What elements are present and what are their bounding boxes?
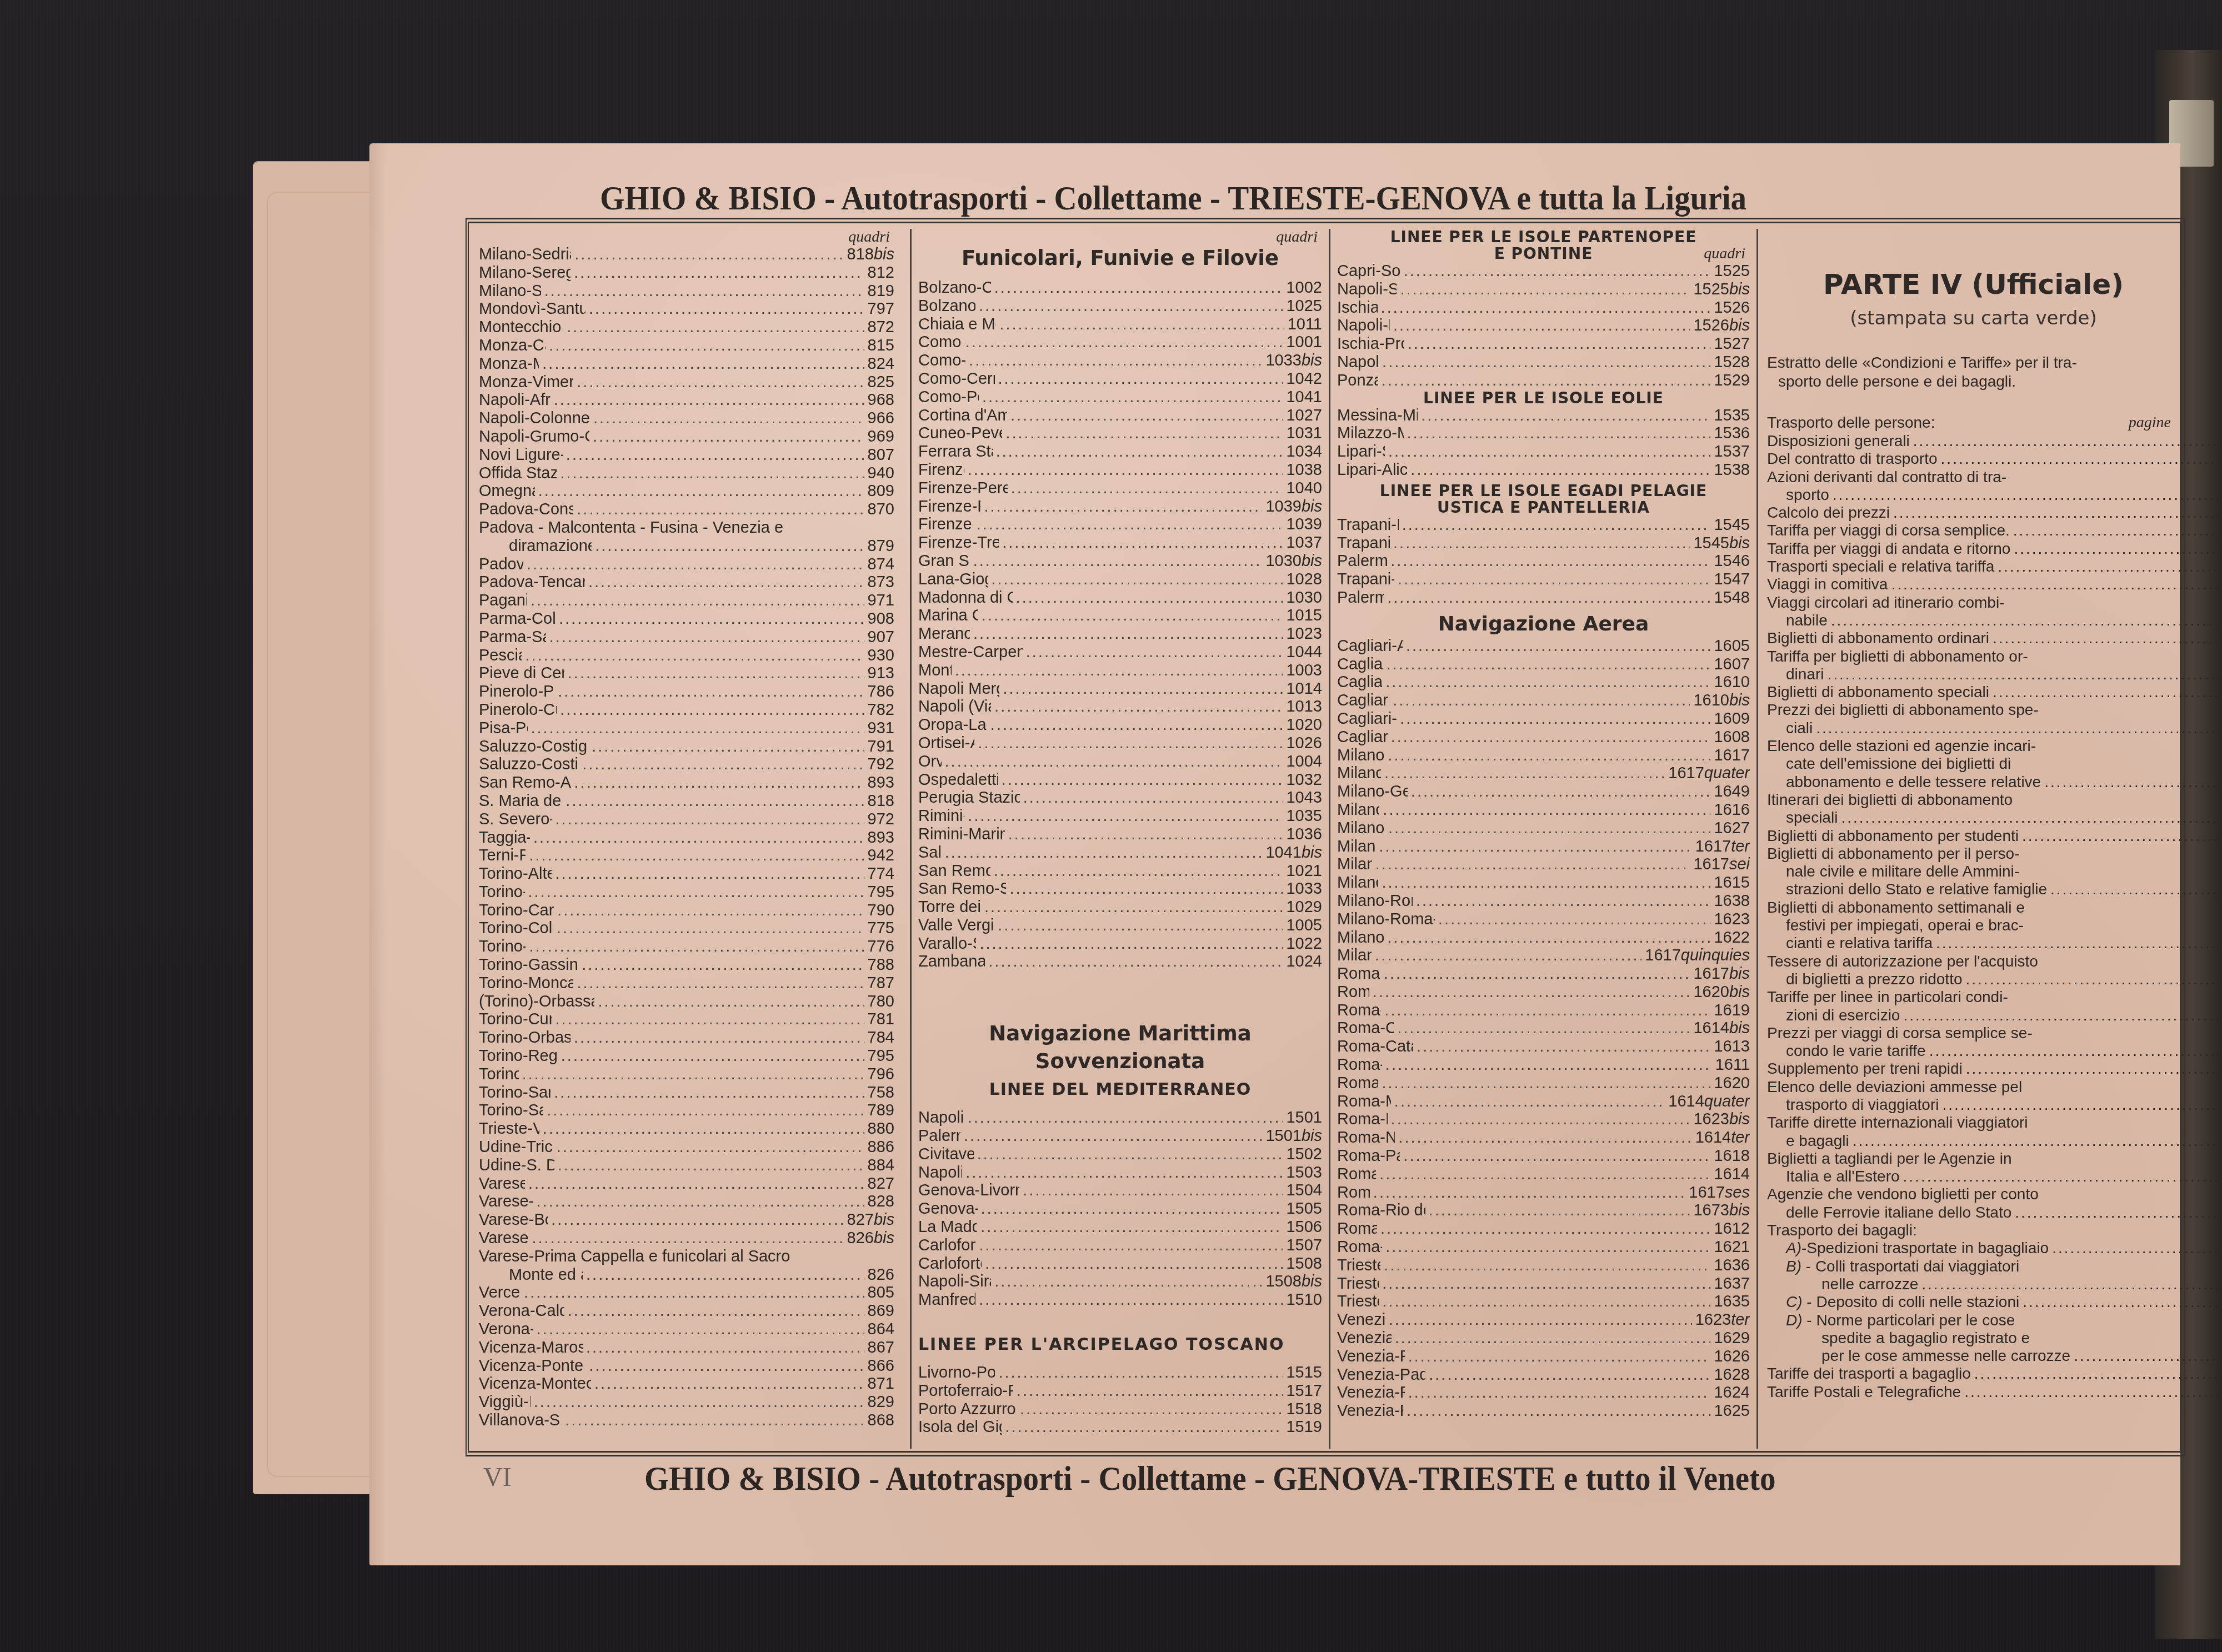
- route-name: (Torino)-Orbassano-Piossasco-Cumiana (Au…: [479, 993, 594, 1011]
- route-name: Montecchio S. Vitale-Chiampo: [479, 318, 563, 337]
- table-number-value: 1038: [1286, 461, 1322, 479]
- table-number-value: 780: [868, 993, 894, 1010]
- route-row: Firenze-Peretola-Campi1039bis: [918, 498, 1322, 516]
- toc-line: Tariffe Postali e Telegrafiche: [1767, 1383, 2222, 1401]
- table-number-value: 815: [868, 337, 894, 354]
- route-name: Napoli-Ischia-Forio: [1337, 317, 1390, 335]
- route-row: Vicenza-Montecchio S.V.-Valdagno-Recoaro…: [479, 1375, 894, 1393]
- table-number-value: 942: [868, 847, 894, 864]
- route-name: Venezia-Padova-Roma: [1337, 1402, 1403, 1420]
- table-number-value: 1526: [1693, 317, 1729, 334]
- toc-line: Elenco delle deviazioni ammesse pel: [1767, 1078, 2222, 1096]
- table-number: 1027: [1286, 407, 1322, 425]
- toc-line: Trasporti speciali e relativa tariffa: [1767, 558, 2222, 575]
- toc-text: Elenco delle stazioni ed agenzie incari-: [1767, 737, 2036, 754]
- leader-dots: [1391, 728, 1711, 747]
- quadri-label: quadri: [1704, 246, 1750, 262]
- table-number-value: 1528: [1714, 353, 1750, 371]
- route-name: Isola del Giglio-Porto S. Stefano: [918, 1418, 1002, 1436]
- toc-line-text: Elenco delle deviazioni ammesse pel: [1767, 1078, 2022, 1095]
- toc-line: trasporto di viaggiatori: [1767, 1096, 2222, 1114]
- route-row: Ischia-Napoli1526: [1337, 299, 1750, 317]
- table-number-value: 1506: [1286, 1218, 1322, 1236]
- toc-text: ciali: [1786, 719, 1813, 737]
- route-row: San Remo-San Remo (La Brezza)1033: [918, 880, 1322, 898]
- toc-heading: Trasporto delle persone: pagine: [1767, 413, 2180, 432]
- toc-line-text: Prezzi dei biglietti di abbonamento spe-: [1767, 701, 2039, 718]
- route-name: Villanova-S. Giovanni Ilarione: [479, 1411, 562, 1430]
- route-name: Palermo-Tunisi: [918, 1127, 960, 1145]
- table-number-value: 1629: [1714, 1329, 1750, 1347]
- leader-dots: [1385, 1056, 1712, 1074]
- toc-line: per le cose ammesse nelle carrozze: [1786, 1347, 2222, 1365]
- table-number: 1042: [1286, 370, 1322, 388]
- route-row: Verona-Caldiero-Sambonifacio869: [479, 1302, 894, 1320]
- route-row: Venezia-Padova-Roma1625: [1337, 1402, 1750, 1420]
- table-number-value: 907: [868, 628, 894, 646]
- route-row: Trapani-Isole Egadi1547: [1337, 570, 1750, 589]
- table-number-value: 789: [868, 1102, 894, 1119]
- route-name: Como-Camerlata: [918, 352, 965, 370]
- route-row: Taggia-Tre Ponti893: [479, 829, 894, 847]
- leader-dots: [1403, 1147, 1710, 1165]
- footer-banner: GHIO & BISIO - Autotrasporti - Collettam…: [644, 1459, 1973, 1499]
- route-name: Cortina d'Ampezzo-Faloria e Pocol: [918, 407, 1007, 425]
- table-number: 969: [868, 428, 894, 446]
- toc-entry-text: Tariffe dirette internazionali viaggiato…: [1767, 1114, 2222, 1150]
- toc-line-text: dinari: [1786, 665, 1824, 683]
- toc-text: Tariffa per viaggi di andata e ritorno: [1767, 540, 2010, 557]
- route-name: Napoli-Cagliari: [918, 1164, 962, 1182]
- toc-line-text: per le cose ammesse nelle carrozze: [1821, 1347, 2070, 1365]
- leader-dots: [1921, 1275, 2222, 1293]
- table-number-suffix: bis: [1302, 844, 1322, 862]
- route-row: Palermo-Ustica1548: [1337, 589, 1750, 607]
- route-row: Vicenza-Marostica-Bassano del Grappa867: [479, 1339, 894, 1357]
- table-number: 775: [868, 919, 894, 938]
- toc-text: Italia e all'Estero: [1786, 1168, 1900, 1185]
- route-row: Roma-Torino1612: [1337, 1220, 1750, 1238]
- route-row: Pescia-Lucca930: [479, 647, 894, 665]
- table-number: 1036: [1286, 825, 1322, 844]
- route-row: Porto Azzurro-Portovecchio di Piombino15…: [918, 1400, 1322, 1419]
- leader-dots: [592, 738, 864, 756]
- toc-entry-text: Tariffe Postali e Telegrafiche: [1767, 1383, 2222, 1401]
- leader-dots: [984, 498, 1262, 516]
- estratto-paragraph: Estratto delle «Condizioni e Tariffe» pe…: [1767, 353, 2180, 391]
- table-number-value: 969: [868, 428, 894, 445]
- toc-entry-text: Biglietti di abbonamento speciali: [1767, 683, 2222, 701]
- toc-line-text: nelle carrozze: [1821, 1275, 1918, 1293]
- route-name: Perugia Stazione Ferr. Stato (Fontivegge…: [918, 789, 1020, 807]
- toc-line-text: abbonamento e delle tessere relative: [1786, 773, 2041, 791]
- toc-entry-text: Biglietti di abbonamento ordinari: [1767, 629, 2222, 647]
- leader-dots: [1966, 1060, 2222, 1078]
- leader-dots: [968, 461, 1283, 479]
- route-name: Ischia-Napoli: [1337, 299, 1378, 317]
- table-number: 1617bis: [1693, 965, 1750, 983]
- route-name: Milano-Pisa: [1337, 855, 1372, 874]
- route-row-first-line: Varese-Prima Cappella e funicolari al Sa…: [479, 1248, 894, 1266]
- table-number-suffix: bis: [1729, 965, 1750, 983]
- route-name: Torino-Rivoli: [479, 1065, 519, 1084]
- table-number: 1043: [1286, 789, 1322, 807]
- toc-line-text: Biglietti a tagliandi per le Agenzie in: [1767, 1150, 2012, 1167]
- toc-entry-text: Del contratto di trasporto: [1767, 450, 2222, 468]
- route-name: Trieste-Roma: [1337, 1293, 1379, 1311]
- table-number-suffix: ter: [1731, 1129, 1750, 1147]
- route-row: Saluzzo-Costigliole-Venasca (Autom.)792: [479, 755, 894, 774]
- table-number-value: 1614: [1693, 1019, 1729, 1037]
- table-number: 1608: [1714, 728, 1750, 747]
- toc-text: nelle carrozze: [1821, 1275, 1918, 1293]
- route-row: Zambana-Fai-Paganella1024: [918, 953, 1322, 971]
- route-row: Verona-Grezzana864: [479, 1320, 894, 1339]
- table-number: 1614ter: [1695, 1129, 1750, 1147]
- toc-line-text: nabile: [1786, 612, 1828, 629]
- toc-text: Calcolo dei prezzi: [1767, 504, 1890, 521]
- route-name: Cagliari-Palermo: [1337, 728, 1388, 747]
- leader-dots: [574, 264, 864, 282]
- table-number: 908: [868, 610, 894, 628]
- route-row: Varese-Bizzozero828: [479, 1193, 894, 1211]
- route-name: Venezia-Padova-Genova-Cagliari: [1337, 1366, 1425, 1384]
- table-number-value: 1636: [1714, 1256, 1750, 1274]
- table-number: 1011: [1288, 316, 1322, 334]
- section-title-partenopee: LINEE PER LE ISOLE PARTENOPEE: [1337, 229, 1750, 246]
- toc-text: cianti e relativa tariffa: [1786, 934, 1933, 952]
- toc-text: Viaggi circolari ad itinerario combi-: [1767, 594, 2004, 611]
- toc-line: Azioni derivanti dal contratto di tra-: [1767, 468, 2222, 486]
- route-row: Monza-Meda-Cantù824: [479, 355, 894, 373]
- table-number-value: 824: [868, 355, 894, 373]
- toc-entry: Tariffe dirette internazionali viaggiato…: [1767, 1114, 2171, 1150]
- toc-entry: Viaggi circolari ad itinerario combi-nab…: [1767, 594, 2171, 630]
- toc-line: Tariffa per biglietti di abbonamento or-: [1767, 648, 2222, 665]
- leader-dots: [589, 300, 864, 318]
- table-number-value: 1535: [1714, 407, 1750, 424]
- leader-dots: [1408, 1384, 1711, 1402]
- table-number: 1504: [1286, 1182, 1322, 1200]
- route-row: Roma-Cairo-Asmara1614bis: [1337, 1019, 1750, 1038]
- route-row: Napoli-Siracusa-Malta-Tripoli1508bis: [918, 1273, 1322, 1291]
- route-row: Torino-Carignano-Saluzzo790: [479, 902, 894, 920]
- leader-dots: [589, 1357, 864, 1375]
- table-number-value: 809: [868, 482, 894, 500]
- table-number: 1629: [1714, 1329, 1750, 1348]
- table-number-value: 1011: [1288, 316, 1322, 333]
- route-row: Varese-Azzate827: [479, 1175, 894, 1193]
- table-number: 1627: [1714, 819, 1750, 838]
- table-number-value: 1519: [1286, 1418, 1322, 1436]
- route-name: Napoli-Afragola-Caivano: [479, 391, 551, 409]
- leader-dots: [574, 774, 864, 792]
- table-number: 774: [868, 865, 894, 883]
- leader-dots: [999, 316, 1284, 334]
- eolie-list: Messina-Milazzo-Eolie-Napoli1535Milazzo-…: [1337, 407, 1750, 479]
- table-number: 782: [868, 701, 894, 719]
- toc-line: Tariffe dei trasporti a bagaglio: [1767, 1365, 2222, 1383]
- toc-line: zioni di esercizio: [1767, 1007, 2222, 1024]
- leader-dots: [977, 515, 1283, 534]
- leader-dots: [1404, 262, 1711, 281]
- table-number-value: 776: [868, 938, 894, 955]
- toc-entry: D) - Norme particolari per le cosespedit…: [1767, 1311, 2171, 1365]
- leader-dots: [994, 862, 1283, 880]
- leader-dots: [557, 1138, 864, 1157]
- table-number-value: 1529: [1714, 372, 1750, 389]
- toc-line: Disposizioni generali: [1767, 432, 2222, 450]
- route-name: Milano-Sesto-Monza: [479, 282, 541, 301]
- route-name: Offida Stazione-Offida Città: [479, 464, 557, 483]
- route-row: Napoli-Ischia-Forio1526bis: [1337, 317, 1750, 335]
- route-name: Lipari-Stromboli: [1337, 443, 1385, 461]
- leader-dots: [1382, 353, 1710, 372]
- toc-entry: Itinerari dei biglietti di abbonamentosp…: [1767, 791, 2171, 827]
- route-name: Torino-Cumiana (Autom.): [479, 1010, 552, 1029]
- table-number-value: 1610: [1693, 692, 1729, 709]
- leader-dots: [554, 1084, 864, 1102]
- table-number: 893: [868, 829, 894, 847]
- leader-dots: [586, 1339, 864, 1357]
- route-name: Firenze-Fiesole: [918, 461, 964, 479]
- route-name: Lipari-Alicudi e viceversa: [1337, 461, 1407, 479]
- table-number: 874: [868, 555, 894, 574]
- table-number: 1637: [1714, 1275, 1750, 1293]
- toc-text: - Deposito di colli nelle stazioni: [1803, 1293, 2020, 1310]
- route-name: Rimini-Riccione: [918, 807, 964, 825]
- table-number-value: 1517: [1286, 1382, 1322, 1400]
- leader-dots: [1964, 1383, 2222, 1401]
- leader-dots: [1387, 589, 1710, 607]
- leader-dots: [593, 409, 864, 428]
- leader-dots: [594, 1375, 864, 1393]
- leader-dots: [522, 1065, 864, 1084]
- leader-dots: [527, 555, 864, 574]
- toc-line-text: strazioni dello Stato e relative famigli…: [1786, 880, 2047, 898]
- toc-text: zioni di esercizio: [1786, 1007, 1900, 1024]
- toc-line: dinari: [1767, 665, 2222, 683]
- table-number: 1614quater: [1668, 1093, 1750, 1111]
- route-name: Napoli-Siracusa-Malta-Tripoli: [918, 1273, 991, 1291]
- leader-dots: [1391, 1110, 1690, 1129]
- route-row: Genova-Porto Torres1505: [918, 1200, 1322, 1218]
- pagine-label: pagine: [2129, 413, 2171, 432]
- toc-entry: Agenzie che vendono biglietti per contod…: [1767, 1185, 2171, 1222]
- leader-dots: [538, 482, 864, 500]
- route-name: Merano-Avelengo: [918, 625, 970, 643]
- leader-dots: [1383, 801, 1710, 819]
- table-number-value: 1608: [1714, 728, 1750, 746]
- section-subtitle-mediterraneo: LINEE DEL MEDITERRANEO: [918, 1079, 1322, 1101]
- table-number: 1023: [1286, 625, 1322, 643]
- route-name: Milano-Sedriano-(Magenta)-Castano: [479, 246, 571, 264]
- toc-line: Italia e all'Estero: [1767, 1168, 2222, 1185]
- route-row: Milano-Parigi1617ter: [1337, 838, 1750, 856]
- tariffe-list: Tariffe dei trasporti a bagaglio386-389T…: [1767, 1365, 2180, 1401]
- route-name: Napoli-Ponza: [1337, 353, 1379, 372]
- leader-dots: [1903, 1007, 2222, 1024]
- toc-text: Disposizioni generali: [1767, 432, 1910, 449]
- route-name: Trieste-Milano: [1337, 1256, 1380, 1275]
- leader-dots: [1375, 947, 1642, 965]
- leader-dots: [549, 337, 864, 355]
- route-name: Verona-Grezzana: [479, 1320, 533, 1339]
- table-number-value: 1033: [1286, 880, 1322, 898]
- leader-dots: [565, 1411, 864, 1430]
- table-number: 1507: [1286, 1237, 1322, 1255]
- route-name: Pisa-Pontedera: [479, 719, 528, 738]
- table-number: 1506: [1286, 1218, 1322, 1237]
- route-name: Milano-Bruxelles: [1337, 764, 1381, 783]
- toc-line: nale civile e militare delle Ammini-: [1767, 863, 2222, 880]
- toc-line-text: B) - Colli trasportati dai viaggiatori: [1786, 1258, 2019, 1275]
- route-row: La Maddalena-Palau1506: [918, 1218, 1322, 1237]
- table-number: 812: [868, 264, 894, 282]
- table-number: 1605: [1714, 637, 1750, 655]
- leader-dots: [973, 625, 1283, 643]
- table-number: 942: [868, 847, 894, 865]
- table-number-value: 792: [868, 755, 894, 773]
- route-row: Manfredonia-Tremiti1510: [918, 1291, 1322, 1309]
- leader-dots: [994, 279, 1283, 297]
- leader-dots: [1429, 1366, 1710, 1384]
- route-row: Messina-Milazzo-Eolie-Napoli1535: [1337, 407, 1750, 425]
- route-row: Cagliari-Milano1607: [1337, 655, 1750, 674]
- route-row: Oropa-Lago del Mucrone1020: [918, 716, 1322, 734]
- table-number: 1021: [1286, 862, 1322, 880]
- route-row: Trieste-Praga1637: [1337, 1275, 1750, 1293]
- table-number-value: 871: [868, 1375, 894, 1393]
- table-number-value: 1548: [1714, 589, 1750, 607]
- route-name: Valle Vergine-Rocca di Papa: [918, 917, 994, 935]
- table-number-value: 1024: [1286, 953, 1322, 970]
- aerea-list: Cagliari-Alghero-Roma1605Cagliari-Milano…: [1337, 637, 1750, 1420]
- table-number: 1617sei: [1693, 855, 1750, 874]
- table-number: 1535: [1714, 407, 1750, 425]
- toc-text: Tariffa per viaggi di corsa semplice.: [1767, 522, 2010, 539]
- table-number: 789: [868, 1102, 894, 1120]
- table-number-value: 790: [868, 902, 894, 919]
- table-number-value: 1610: [1714, 673, 1750, 691]
- route-name: Saluzzo-Costigliole-Busca-Cuneo (Autom.): [479, 738, 588, 756]
- route-row: Padova-Piove874: [479, 555, 894, 574]
- table-number-value: 1003: [1286, 662, 1322, 679]
- route-row: Pagani-Pompei971: [479, 592, 894, 610]
- table-number-value: 1503: [1286, 1164, 1322, 1182]
- toc-line-text: zioni di esercizio: [1786, 1007, 1900, 1024]
- table-number: 1673bis: [1693, 1202, 1750, 1220]
- column-railways: quadri Milano-Sedriano-(Magenta)-Castano…: [479, 229, 894, 1449]
- toc-line: nelle carrozze: [1786, 1275, 2222, 1293]
- route-name: Vicenza-Montecchio S.V.-Valdagno-Recoaro: [479, 1375, 591, 1393]
- leader-dots: [1388, 443, 1711, 461]
- route-row: Torino-Collegno-Pianezza775: [479, 919, 894, 938]
- table-number-value: 1028: [1286, 570, 1322, 588]
- table-number: 1537: [1714, 443, 1750, 461]
- table-number-value: 758: [868, 1084, 894, 1102]
- route-name: Varese-Azzate: [479, 1175, 525, 1193]
- route-name: Cagliari-Olbia-Roma: [1337, 710, 1397, 728]
- route-row: Roma-Cagliari1619: [1337, 1002, 1750, 1020]
- route-name: Ponza-Gaeta: [1337, 372, 1378, 390]
- table-number-value: 1515: [1286, 1364, 1322, 1381]
- table-number-suffix: bis: [1302, 552, 1322, 570]
- route-row: Cagliari-Napoli1610: [1337, 673, 1750, 692]
- route-row: Capri-Sorrento-Napoli1525: [1337, 262, 1750, 281]
- table-number-value: 869: [868, 1302, 894, 1320]
- leader-dots: [543, 1120, 864, 1138]
- toc-text: Itinerari dei biglietti di abbonamento: [1767, 791, 2013, 808]
- leader-dots: [978, 734, 1283, 753]
- table-number-value: 1510: [1286, 1291, 1322, 1309]
- leader-dots: [994, 1273, 1262, 1291]
- route-name: Napoli-Grumo-Cassandrino-Frattamaggiore: [479, 428, 589, 446]
- toc-line: Biglietti a tagliandi per le Agenzie in: [1767, 1150, 2222, 1168]
- route-name: Mestre-Carpenedo-Venezia-Mirano-Treviso: [918, 643, 1023, 662]
- table-number-value: 1617: [1695, 838, 1731, 855]
- table-number-value: 1546: [1714, 552, 1750, 570]
- toc-text: dinari: [1786, 665, 1824, 683]
- toc-entry-text: Biglietti di abbonamento settimanali efe…: [1767, 899, 2222, 953]
- route-name: Napoli-Palermo: [918, 1109, 964, 1127]
- toc-sub-label: A): [1786, 1239, 1801, 1256]
- table-number-value: 1613: [1714, 1038, 1750, 1055]
- table-number: 805: [868, 1284, 894, 1302]
- table-number-value: 879: [868, 537, 894, 555]
- route-row: San Remo-Arma di Taggia-Taggia893: [479, 774, 894, 792]
- leader-dots: [1438, 910, 1711, 929]
- route-name: San Remo-Arma di Taggia-Taggia: [479, 774, 571, 792]
- leader-dots: [1893, 504, 2222, 522]
- table-number-suffix: bis: [1729, 534, 1750, 552]
- route-name: Napoli Mergellina-Posillipo Alto: [918, 680, 999, 698]
- toc-text: - Norme particolari per le cose: [1803, 1311, 2015, 1329]
- section-title-aerea: Navigazione Aerea: [1337, 612, 1750, 637]
- leader-dots: [1389, 1311, 1692, 1329]
- table-number: 1611: [1715, 1056, 1750, 1074]
- table-number: 1623ter: [1695, 1311, 1750, 1329]
- table-number: 1612: [1714, 1220, 1750, 1238]
- leader-dots: [559, 610, 864, 628]
- route-row: Montenero1003: [918, 662, 1322, 680]
- leader-dots: [1002, 534, 1283, 552]
- toc-entry: Biglietti di abbonamento per studenti360: [1767, 827, 2171, 845]
- route-name: Viggiù-Bisuschio: [479, 1393, 531, 1411]
- toc-line-text: Agenzie che vendono biglietti per conto: [1767, 1185, 2039, 1203]
- table-number-value: 1525: [1693, 281, 1729, 298]
- table-number-value: 1628: [1714, 1366, 1750, 1384]
- route-row: Napoli-Palermo1501: [918, 1109, 1322, 1127]
- route-row: Perugia Stazione Ferr. Stato (Fontivegge…: [918, 789, 1322, 807]
- toc-entry-text: Elenco delle deviazioni ammesse peltrasp…: [1767, 1078, 2222, 1114]
- toc-line-text: Italia e all'Estero: [1786, 1168, 1900, 1185]
- route-row: Milano-Zurigo1617quinquies: [1337, 947, 1750, 965]
- section-title-egadi: LINEE PER LE ISOLE EGADI PELAGIE: [1337, 483, 1750, 499]
- table-number: 1518: [1286, 1400, 1322, 1419]
- route-row: Torino-Altessano-Venaria774: [479, 865, 894, 883]
- toc-line-text: ciali: [1786, 719, 1813, 737]
- table-number-value: 968: [868, 391, 894, 409]
- table-number: 1617quinquies: [1645, 947, 1750, 965]
- route-row: Terni-Ferentillo942: [479, 847, 894, 865]
- table-number-value: 868: [868, 1411, 894, 1429]
- table-number-value: 791: [868, 738, 894, 755]
- toc-text: spedite a bagaglio registrato e: [1821, 1329, 2030, 1346]
- table-number: 870: [868, 500, 894, 519]
- table-number-value: 819: [868, 282, 894, 300]
- route-row: Palermo-Trapani1546: [1337, 552, 1750, 570]
